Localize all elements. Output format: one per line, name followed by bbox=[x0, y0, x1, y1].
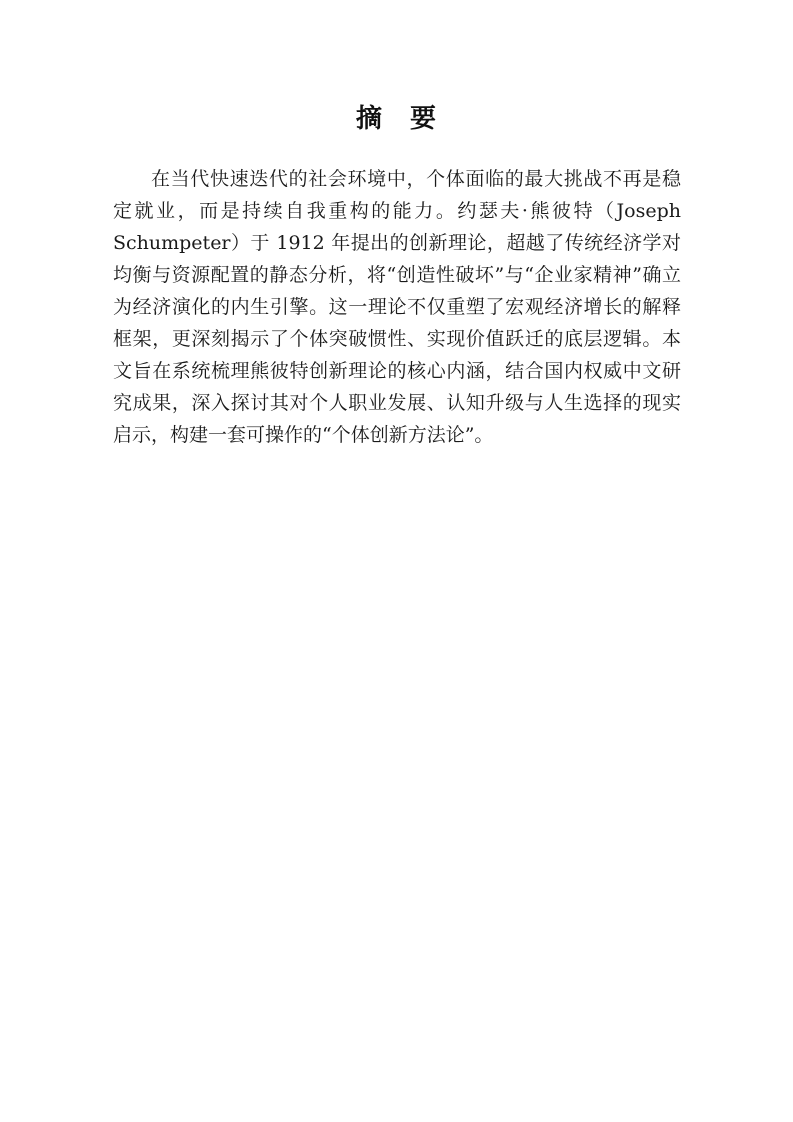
abstract-paragraph: 在当代快速迭代的社会环境中，个体面临的最大挑战不再是稳定就业，而是持续自我重构的… bbox=[113, 163, 681, 451]
abstract-title: 摘 要 bbox=[0, 104, 793, 135]
document-page: 摘 要 在当代快速迭代的社会环境中，个体面临的最大挑战不再是稳定就业，而是持续自… bbox=[0, 0, 793, 1122]
